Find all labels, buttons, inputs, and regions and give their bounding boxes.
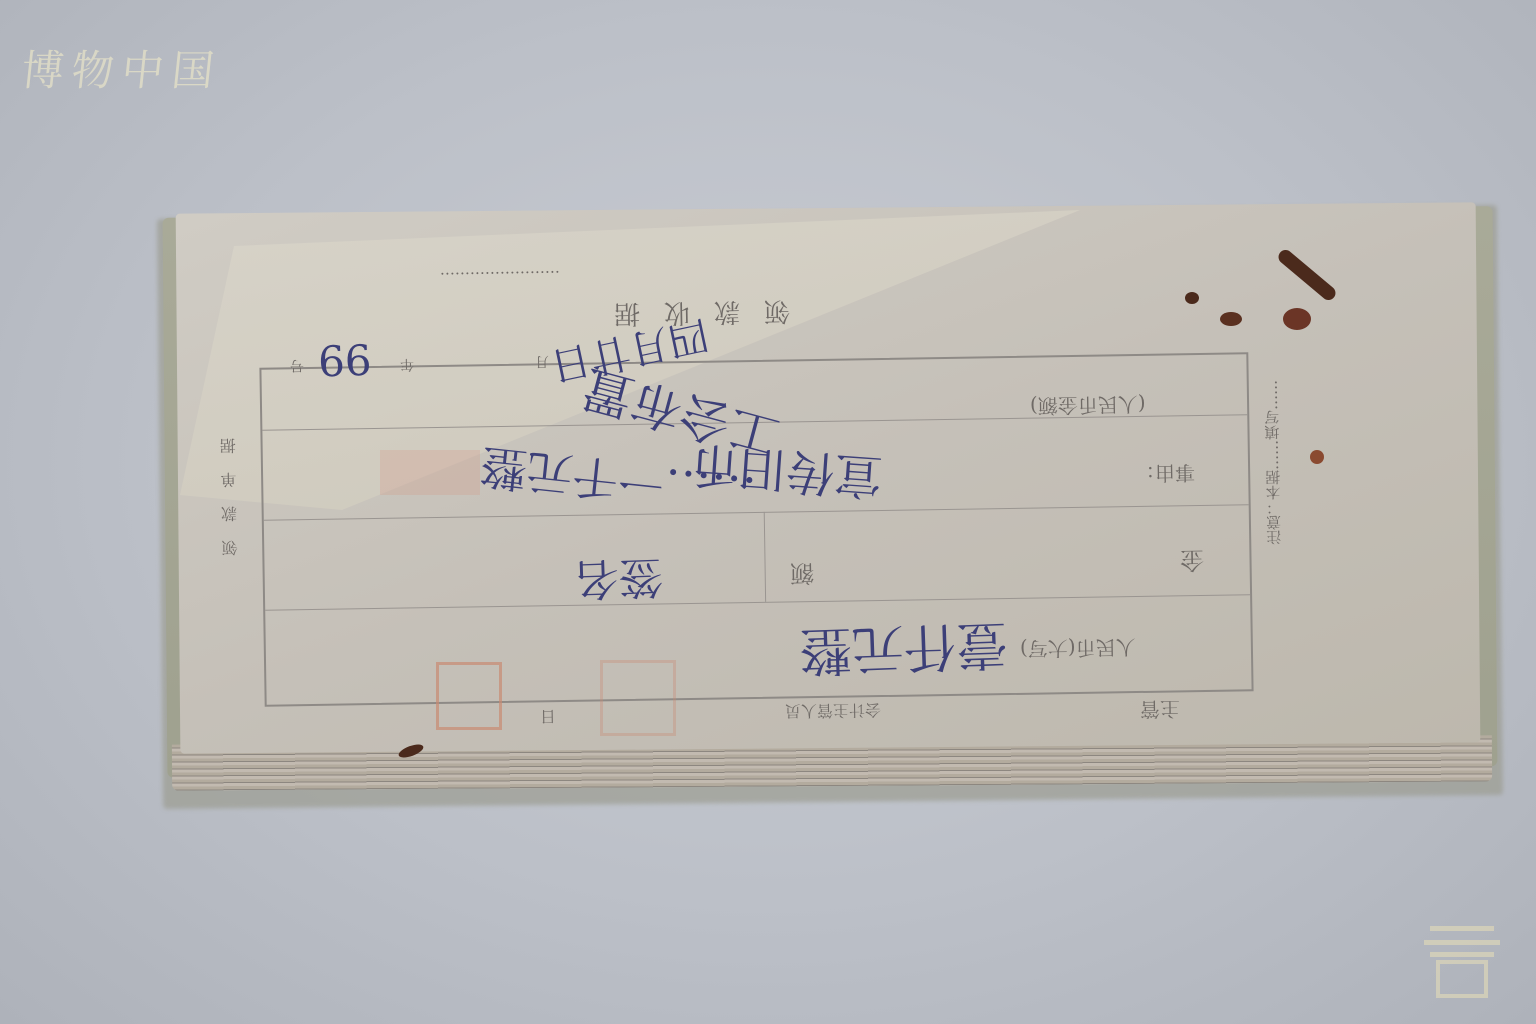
footer-label-day: 日 — [540, 706, 556, 729]
right-vertical-note: 注意：本据……填写…… — [1261, 380, 1285, 545]
number-label: 号 — [290, 356, 304, 376]
date-label-year: 年 — [400, 355, 414, 375]
faded-seal-stamp — [600, 660, 676, 736]
rmb-caps-label: 人民币(大写) — [1020, 634, 1136, 665]
footer-label-supervisor: 主管 — [1140, 696, 1181, 726]
ink-stain — [1310, 450, 1324, 464]
sum-field-label: 额 — [790, 558, 815, 593]
reason-field-label: 事由： — [1135, 459, 1195, 489]
red-ink-smudge — [380, 450, 480, 495]
handwritten-signature: 签名 — [574, 548, 664, 615]
receipt-header-line: …………………… — [440, 267, 560, 287]
amount-field-label: (人民币金额) — [1030, 391, 1146, 422]
ink-stain — [1283, 308, 1311, 330]
footer-label-accountant: 会计主管人员 — [785, 699, 881, 724]
handwritten-amount-caps: 壹仟元整 — [799, 611, 1010, 693]
watermark-text: 博物中国 — [19, 38, 225, 98]
ink-stain — [1185, 292, 1199, 304]
money-field-label: 金 — [1180, 545, 1205, 580]
publisher-logo-icon — [1420, 920, 1504, 998]
left-vertical-label: 领款单据 — [217, 420, 242, 556]
handwritten-number: 99 — [317, 334, 372, 385]
ink-stain — [1220, 312, 1242, 326]
red-seal-stamp — [436, 662, 502, 730]
date-label-month: 月 — [535, 352, 549, 372]
